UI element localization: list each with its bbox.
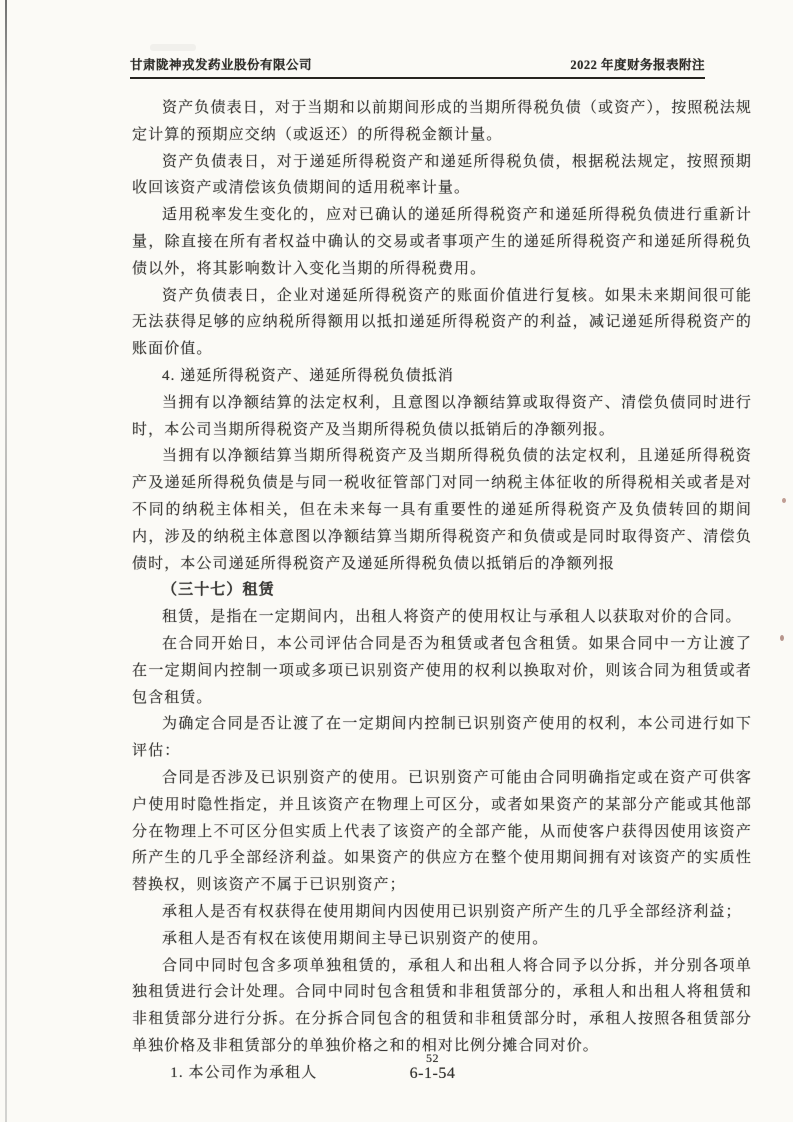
paragraph-economic-benefits: 承租人是否有权获得在使用期间内因使用已识别资产所产生的几乎全部经济利益； [132, 899, 752, 926]
paragraph-lease-evaluation: 在合同开始日，本公司评估合同是否为租赁或者包含租赁。如果合同中一方让渡了在一定期… [132, 631, 752, 711]
page-footer: 52 6-1-54 [0, 1052, 793, 1083]
page-header: 甘肃陇神戎发药业股份有限公司 2022 年度财务报表附注 [130, 49, 705, 79]
page-code: 6-1-54 [410, 1065, 456, 1082]
document-page: 甘肃陇神戎发药业股份有限公司 2022 年度财务报表附注 资产负债表日，对于当期… [0, 0, 793, 1122]
paragraph-contract-separation: 合同中同时包含多项单独租赁的，承租人和出租人将合同予以分拆，并分别各项单独租赁进… [132, 953, 752, 1060]
paragraph-lease-definition: 租赁，是指在一定期间内，出租人将资产的使用权让与承租人以获取对价的合同。 [132, 604, 752, 631]
paragraph-identified-asset: 合同是否涉及已识别资产的使用。已识别资产可能由合同明确指定或在资产可供客户使用时… [132, 765, 752, 899]
heading-lease-section: （三十七）租赁 [132, 577, 752, 604]
paragraph-deferred-tax-measurement: 资产负债表日，对于递延所得税资产和递延所得税负债，根据税法规定，按照预期收回该资… [132, 149, 752, 203]
scan-speck [782, 498, 786, 503]
footer-numbers: 52 6-1-54 [410, 1052, 456, 1082]
document-body: 资产负债表日，对于当期和以前期间形成的当期所得税负债（或资产），按照税法规定计算… [132, 95, 752, 1086]
paragraph-tax-rate-change: 适用税率发生变化的，应对已确认的递延所得税资产和递延所得税负债进行重新计量，除直… [132, 202, 752, 282]
header-report-title: 2022 年度财务报表附注 [570, 55, 705, 73]
page-number: 52 [410, 1052, 456, 1065]
paragraph-deferred-tax-netting: 当拥有以净额结算当期所得税资产及当期所得税负债的法定权利，且递延所得税资产及递延… [132, 443, 752, 577]
scan-speck [780, 635, 784, 641]
scan-edge-line [5, 0, 7, 1122]
subheading-deferred-tax-offset: 4. 递延所得税资产、递延所得税负债抵消 [132, 363, 752, 390]
paragraph-right-to-direct-use: 承租人是否有权在该使用期间主导已识别资产的使用。 [132, 926, 752, 953]
header-company-name: 甘肃陇神戎发药业股份有限公司 [130, 55, 312, 73]
paragraph-current-tax-netting: 当拥有以净额结算的法定权利，且意图以净额结算或取得资产、清偿负债同时进行时，本公… [132, 390, 752, 444]
paragraph-lease-assessment-intro: 为确定合同是否让渡了在一定期间内控制已识别资产使用的权利，本公司进行如下评估： [132, 711, 752, 765]
paragraph-carrying-value-review: 资产负债表日，企业对递延所得税资产的账面价值进行复核。如果未来期间很可能无法获得… [132, 283, 752, 363]
paragraph-current-tax-measurement: 资产负债表日，对于当期和以前期间形成的当期所得税负债（或资产），按照税法规定计算… [132, 95, 752, 149]
